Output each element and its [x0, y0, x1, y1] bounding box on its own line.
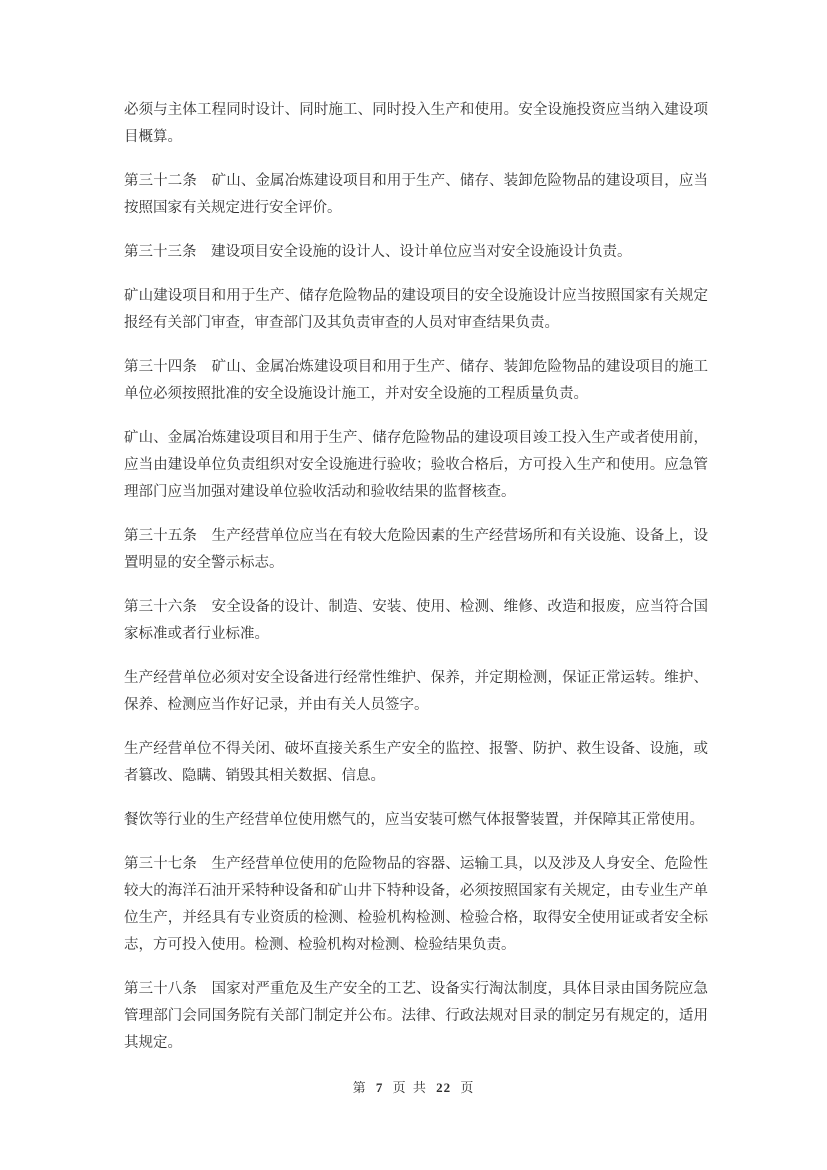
article-36-para-4: 餐饮等行业的生产经营单位使用燃气的，应当安装可燃气体报警装置，并保障其正常使用。: [124, 807, 708, 834]
footer-label-ye: 页: [392, 1080, 408, 1095]
footer-current-page: 7: [372, 1080, 388, 1095]
footer-label-ye2: 页: [459, 1080, 475, 1095]
footer-total-pages: 22: [432, 1080, 455, 1095]
article-36-para-2: 生产经营单位必须对安全设备进行经常性维护、保养，并定期检测，保证正常运转。维护、…: [124, 665, 708, 719]
article-32: 第三十二条 矿山、金属冶炼建设项目和用于生产、储存、装卸危险物品的建设项目，应当…: [124, 168, 708, 222]
article-35: 第三十五条 生产经营单位应当在有较大危险因素的生产经营场所和有关设施、设备上，设…: [124, 523, 708, 577]
article-37: 第三十七条 生产经营单位使用的危险物品的容器、运输工具，以及涉及人身安全、危险性…: [124, 851, 708, 959]
footer-label-total: 共: [412, 1080, 428, 1095]
footer-label-page: 第: [352, 1080, 368, 1095]
document-body: 必须与主体工程同时设计、同时施工、同时投入生产和使用。安全设施投资应当纳入建设项…: [124, 97, 708, 1074]
page-number-footer: 第 7 页 共 22 页: [0, 1077, 827, 1096]
article-36-para-3: 生产经营单位不得关闭、破坏直接关系生产安全的监控、报警、防护、救生设备、设施，或…: [124, 736, 708, 790]
article-33-para-2: 矿山建设项目和用于生产、储存危险物品的建设项目的安全设施设计应当按照国家有关规定…: [124, 283, 708, 337]
article-33: 第三十三条 建设项目安全设施的设计人、设计单位应当对安全设施设计负责。: [124, 239, 708, 266]
article-31-continuation: 必须与主体工程同时设计、同时施工、同时投入生产和使用。安全设施投资应当纳入建设项…: [124, 97, 708, 151]
article-38: 第三十八条 国家对严重危及生产安全的工艺、设备实行淘汰制度，具体目录由国务院应急…: [124, 976, 708, 1057]
document-page: 必须与主体工程同时设计、同时施工、同时投入生产和使用。安全设施投资应当纳入建设项…: [0, 0, 827, 1170]
article-36: 第三十六条 安全设备的设计、制造、安装、使用、检测、维修、改造和报废，应当符合国…: [124, 594, 708, 648]
article-34: 第三十四条 矿山、金属冶炼建设项目和用于生产、储存、装卸危险物品的建设项目的施工…: [124, 354, 708, 408]
article-34-para-2: 矿山、金属冶炼建设项目和用于生产、储存危险物品的建设项目竣工投入生产或者使用前，…: [124, 425, 708, 506]
